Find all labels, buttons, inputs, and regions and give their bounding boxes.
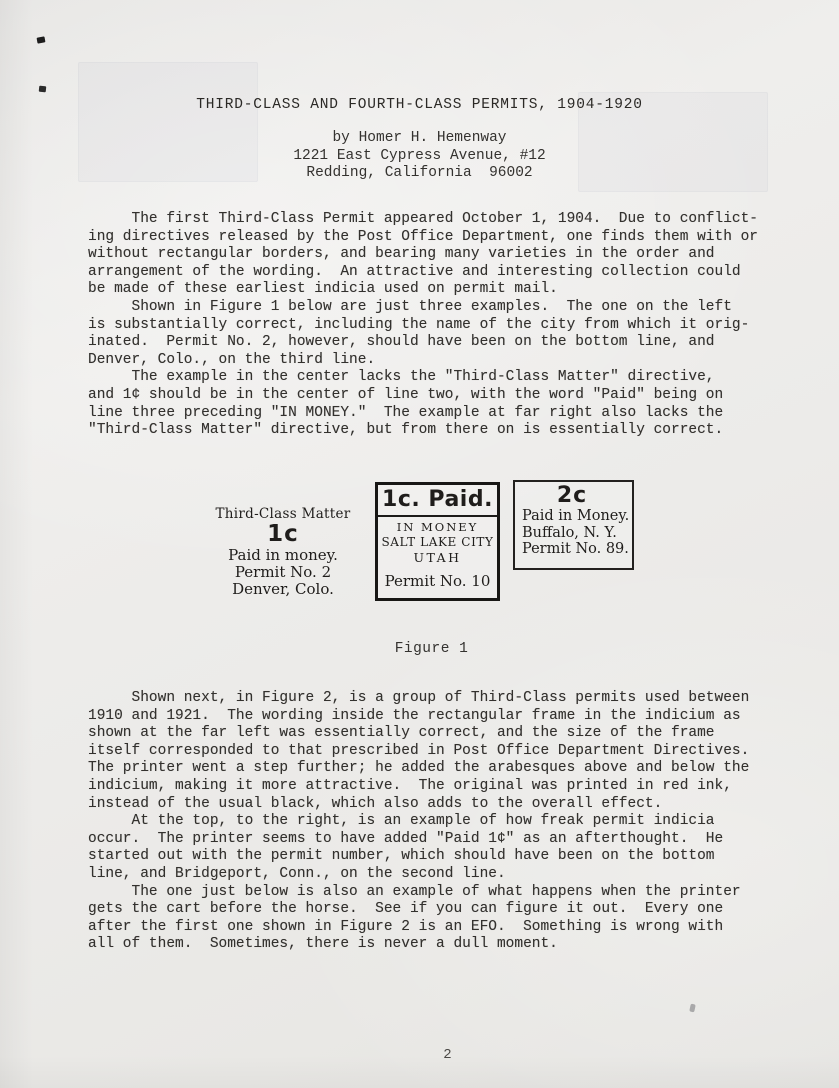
body-paragraphs-2: Shown next, in Figure 2, is a group of T… (88, 690, 749, 954)
indicium-city-line: Denver, Colo. (200, 581, 366, 598)
indicium-permit-line: Permit No. 10 (378, 573, 497, 590)
indicium-city-line: Buffalo, N. Y. (522, 525, 632, 542)
byline-address: 1221 East Cypress Avenue, #12 (0, 148, 839, 166)
smudge-mark (689, 1004, 696, 1013)
body-paragraphs-1: The first Third-Class Permit appeared Oc… (88, 211, 758, 440)
indicium-paid-line: Paid in money. (200, 547, 366, 564)
page-number: 2 (0, 1047, 839, 1063)
staple-mark-top (37, 36, 46, 43)
title-block: THIRD-CLASS AND FOURTH-CLASS PERMITS, 19… (0, 97, 839, 183)
indicium-city-line: SALT LAKE CITY (378, 535, 497, 550)
indicium-class-line: Third-Class Matter (200, 506, 366, 522)
indicium-in-money-line: IN MONEY (378, 520, 497, 535)
permit-indicium-denver: Third-Class Matter 1c Paid in money. Per… (200, 506, 366, 598)
indicium-permit-line: Permit No. 2 (200, 564, 366, 581)
permit-indicium-salt-lake-city: 1c. Paid. IN MONEY SALT LAKE CITY UTAH P… (375, 482, 500, 601)
byline-city: Redding, California 96002 (0, 165, 839, 183)
staple-mark-bottom (39, 86, 47, 93)
page-title: THIRD-CLASS AND FOURTH-CLASS PERMITS, 19… (0, 97, 839, 113)
indicium-heading: 1c. Paid. (378, 485, 497, 517)
byline: by Homer H. Hemenway 1221 East Cypress A… (0, 130, 839, 183)
indicium-state-line: UTAH (378, 550, 497, 565)
scanned-document-page: THIRD-CLASS AND FOURTH-CLASS PERMITS, 19… (0, 0, 839, 1088)
indicium-denomination: 1c (200, 522, 366, 547)
permit-indicium-buffalo: 2c Paid in Money. Buffalo, N. Y. Permit … (513, 480, 634, 570)
indicium-permit-line: Permit No. 89. (522, 541, 632, 558)
indicium-paid-line: Paid in Money. (522, 508, 632, 525)
figure-caption: Figure 1 (0, 641, 839, 657)
byline-author: by Homer H. Hemenway (0, 130, 839, 148)
indicium-denomination: 2c (522, 484, 622, 508)
